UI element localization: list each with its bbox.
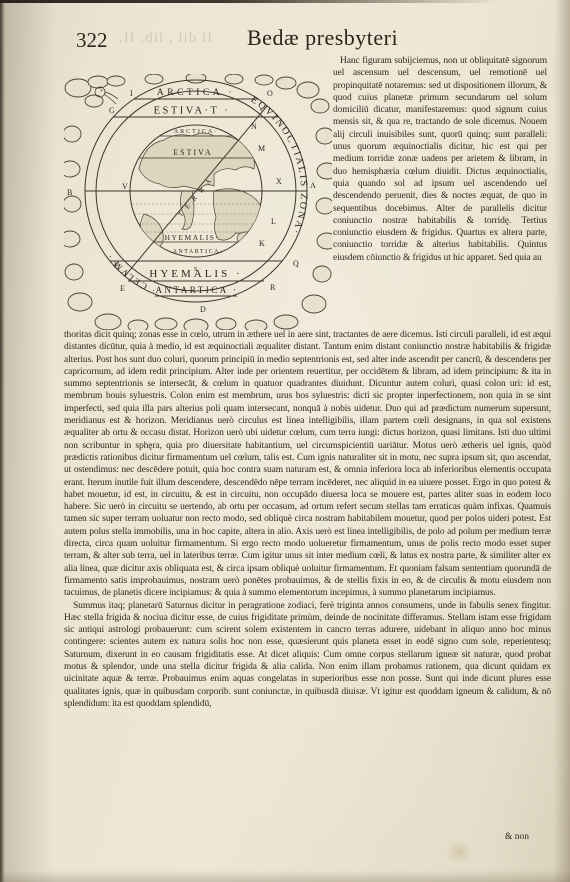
letter-K: K — [259, 239, 265, 248]
running-title: Bedæ presbyteri — [247, 25, 398, 51]
letter-X: X — [276, 177, 282, 186]
body-paragraph-1: thoritas dicit quinq; zonas esse in cœlo… — [64, 329, 551, 600]
letter-E: E — [120, 284, 125, 293]
left-page-shading — [0, 0, 55, 882]
letter-F: F — [114, 261, 119, 270]
letter-S: S — [194, 267, 197, 273]
paper-stain — [445, 840, 473, 864]
show-through-text: Il dil , lib. II. — [118, 30, 212, 47]
letter-L: L — [271, 217, 276, 226]
label-arctica-globe: ARCTICA· — [174, 129, 218, 135]
book-page-scan: Il dil , lib. II. 322 Bedæ presbyteri — [0, 0, 570, 882]
letter-D: D — [200, 305, 206, 314]
letter-Q: Q — [293, 259, 299, 268]
catchword: & non — [64, 832, 551, 842]
label-estiva-outer: ESTIVA·T · — [154, 106, 231, 117]
letter-M: M — [258, 144, 265, 153]
label-antartica-outer: ANTARTICA · — [156, 285, 239, 295]
body-text: thoritas dicit quinq; zonas esse in cœlo… — [64, 329, 551, 710]
page-number: 322 — [76, 28, 108, 53]
letter-R: R — [270, 283, 276, 292]
right-column-paragraph: Hanc figuram subijciemus, non ut obliqui… — [333, 55, 547, 264]
letter-N: N — [251, 122, 257, 131]
letter-O: O — [267, 89, 273, 98]
body-paragraph-2: Summus itaq; planetarū Saturnus dicitur … — [64, 600, 551, 711]
zone-diagram-woodcut: ARCTICA · ESTIVA·T · HYEMALIS · ANTARTIC… — [64, 74, 332, 330]
label-estiva-globe: ESTIVA — [173, 148, 212, 157]
bottom-scan-edge — [0, 870, 570, 882]
left-scan-edge — [0, 0, 5, 882]
letter-G: G — [109, 106, 115, 115]
label-hyemalis-globe: HYEMALIS· — [165, 233, 220, 242]
zone-diagram-svg: ARCTICA · ESTIVA·T · HYEMALIS · ANTARTIC… — [64, 74, 332, 330]
letter-V: V — [122, 182, 128, 191]
right-scan-edge — [554, 0, 570, 882]
right-column-text: Hanc figuram subijciemus, non ut obliqui… — [333, 55, 547, 329]
letter-A: A — [310, 181, 316, 190]
label-antartica-globe: ANTARTICA· — [173, 249, 224, 255]
letter-B: B — [67, 188, 72, 197]
letter-I: I — [130, 89, 133, 98]
label-arctica-outer: ARCTICA · — [157, 88, 235, 98]
top-scan-edge — [0, 0, 570, 3]
